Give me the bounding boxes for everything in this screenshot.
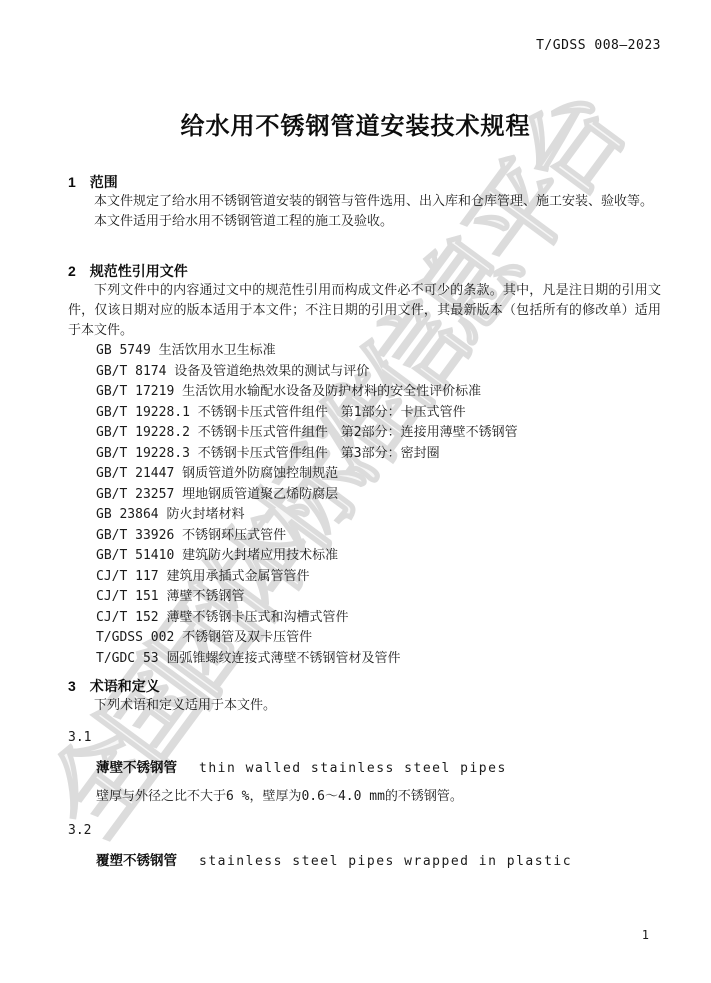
reference-item: CJ/T 152 薄壁不锈钢卡压式和沟槽式管件 bbox=[96, 608, 661, 629]
section-number: 1 bbox=[68, 172, 76, 192]
section-heading-normative-references: 2规范性引用文件 bbox=[68, 261, 661, 281]
term-definition: 壁厚与外径之比不大于6 %，壁厚为0.6～4.0 mm的不锈钢管。 bbox=[96, 787, 661, 807]
normative-references-intro: 下列文件中的内容通过文中的规范性引用而构成文件必不可少的条款。其中，凡是注日期的… bbox=[68, 281, 661, 341]
reference-item: CJ/T 117 建筑用承插式金属管管件 bbox=[96, 567, 661, 588]
document-page: 全国团体标准信息平台 T/GDSS 008—2023 给水用不锈钢管道安装技术规… bbox=[0, 0, 711, 983]
reference-item: GB/T 23257 埋地钢质管道聚乙烯防腐层 bbox=[96, 485, 661, 506]
section-title: 规范性引用文件 bbox=[90, 263, 188, 279]
section-title: 术语和定义 bbox=[90, 678, 160, 694]
reference-item: T/GDSS 002 不锈钢管及双卡压管件 bbox=[96, 628, 661, 649]
reference-item: GB 23864 防火封堵材料 bbox=[96, 505, 661, 526]
section-number: 3 bbox=[68, 676, 76, 696]
section-title: 范围 bbox=[90, 174, 118, 190]
term-chinese: 覆塑不锈钢管 bbox=[96, 853, 177, 868]
term-english: thin walled stainless steel pipes bbox=[199, 761, 507, 776]
reference-item: GB/T 19228.3 不锈钢卡压式管件组件 第3部分：密封圈 bbox=[96, 444, 661, 465]
document-body: 1范围 本文件规定了给水用不锈钢管道安装的钢管与管件选用、出入库和仓库管理、施工… bbox=[68, 172, 661, 872]
reference-list: GB 5749 生活饮用水卫生标准 GB/T 8174 设备及管道绝热效果的测试… bbox=[68, 341, 661, 669]
reference-item: GB/T 17219 生活饮用水输配水设备及防护材料的安全性评价标准 bbox=[96, 382, 661, 403]
scope-paragraph-1: 本文件规定了给水用不锈钢管道安装的钢管与管件选用、出入库和仓库管理、施工安装、验… bbox=[68, 192, 661, 212]
reference-item: GB/T 51410 建筑防火封堵应用技术标准 bbox=[96, 546, 661, 567]
page-number: 1 bbox=[642, 928, 649, 942]
reference-item: GB/T 19228.2 不锈钢卡压式管件组件 第2部分：连接用薄壁不锈钢管 bbox=[96, 423, 661, 444]
term-line: 覆塑不锈钢管stainless steel pipes wrapped in p… bbox=[96, 851, 661, 872]
section-number: 2 bbox=[68, 261, 76, 281]
reference-item: GB 5749 生活饮用水卫生标准 bbox=[96, 341, 661, 362]
terms-intro: 下列术语和定义适用于本文件。 bbox=[68, 696, 661, 716]
term-english: stainless steel pipes wrapped in plastic bbox=[199, 854, 572, 869]
term-chinese: 薄壁不锈钢管 bbox=[96, 760, 177, 775]
term-clause-number: 3.1 bbox=[68, 728, 661, 748]
reference-item: GB/T 8174 设备及管道绝热效果的测试与评价 bbox=[96, 362, 661, 383]
standard-reference-number: T/GDSS 008—2023 bbox=[536, 38, 661, 53]
document-title: 给水用不锈钢管道安装技术规程 bbox=[0, 106, 711, 141]
reference-item: GB/T 33926 不锈钢环压式管件 bbox=[96, 526, 661, 547]
reference-item: GB/T 19228.1 不锈钢卡压式管件组件 第1部分：卡压式管件 bbox=[96, 403, 661, 424]
reference-item: T/GDC 53 圆弧锥螺纹连接式薄壁不锈钢管材及管件 bbox=[96, 649, 661, 670]
scope-paragraph-2: 本文件适用于给水用不锈钢管道工程的施工及验收。 bbox=[68, 212, 661, 232]
reference-item: GB/T 21447 钢质管道外防腐蚀控制规范 bbox=[96, 464, 661, 485]
reference-item: CJ/T 151 薄壁不锈钢管 bbox=[96, 587, 661, 608]
section-heading-terms: 3术语和定义 bbox=[68, 676, 661, 696]
term-clause-number: 3.2 bbox=[68, 821, 661, 841]
term-line: 薄壁不锈钢管thin walled stainless steel pipes bbox=[96, 758, 661, 779]
section-heading-scope: 1范围 bbox=[68, 172, 661, 192]
